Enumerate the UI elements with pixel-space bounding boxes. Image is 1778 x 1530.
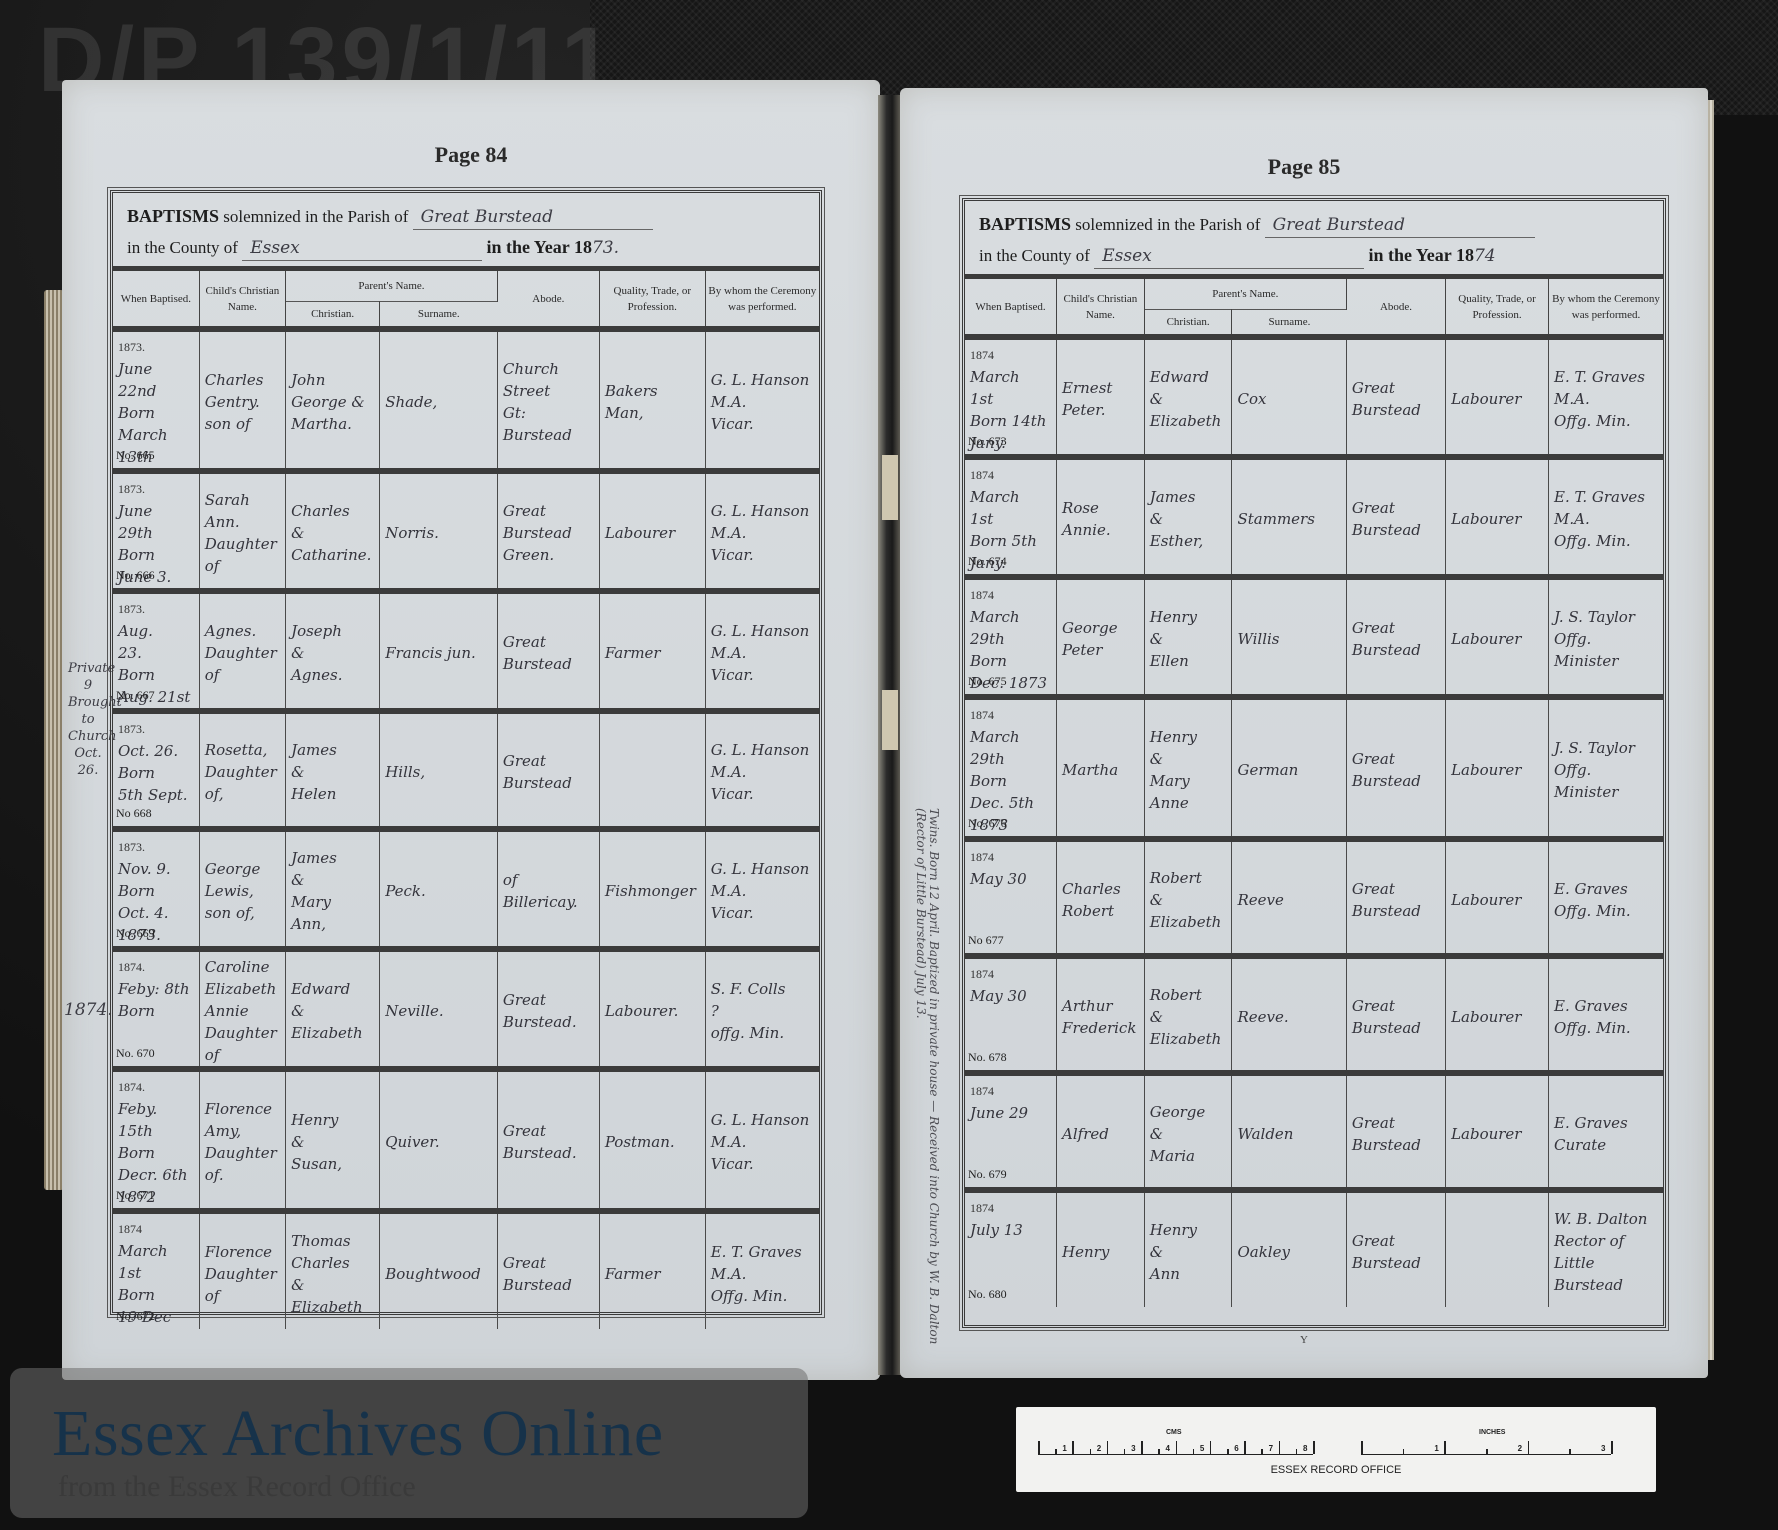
entry-year: 1873. — [118, 598, 195, 620]
cell-quality: Farmer — [599, 591, 705, 711]
cell-quality: Labourer — [1446, 1073, 1549, 1190]
child-name-line: son of — [205, 413, 281, 435]
title-text: solemnized in the Parish of — [1075, 215, 1260, 234]
surname-text: Cox — [1237, 388, 1341, 410]
col-surname: Surname. — [1232, 309, 1346, 337]
child-name-line: Ann. — [205, 511, 281, 533]
cell-parents-christian: Charles&Catharine. — [286, 471, 380, 591]
entry-year: 1874 — [970, 704, 1052, 726]
child-name-line: Daughter — [205, 1263, 281, 1285]
margin-note-line: 26. — [68, 762, 108, 779]
parent-name-line: & — [1150, 388, 1228, 410]
child-name-line: Sarah — [205, 489, 281, 511]
officiant-line: Offg. Min. — [1554, 900, 1659, 922]
table-row: 1874March1stBorn 5thJany.No. 674RoseAnni… — [965, 457, 1663, 577]
cell-abode: GreatBurstead — [1346, 457, 1445, 577]
surname-text: German — [1237, 759, 1341, 781]
ruler-tick — [1193, 1449, 1195, 1454]
ruler-tick — [1444, 1441, 1446, 1454]
ruler-tick — [1528, 1441, 1530, 1454]
cell-by-whom: E. T. GravesM.A.Offg. Min. — [1549, 337, 1663, 457]
baptism-date-line: Born — [118, 664, 195, 686]
abode-line: Burstead — [1352, 770, 1441, 792]
officiant-line: Offg. Min. — [1554, 410, 1659, 432]
officiant-line: offg. Min. — [711, 1022, 815, 1044]
ruler-tick — [1090, 1449, 1092, 1454]
baptism-date-line: May 30 — [970, 868, 1052, 890]
register-table: When Baptised. Child's Christian Name. P… — [113, 271, 819, 1329]
ruler-tick — [1124, 1449, 1126, 1454]
officiant-line: M.A. — [711, 761, 815, 783]
ruler-tick — [1107, 1441, 1109, 1454]
parent-name-line: James — [1150, 486, 1228, 508]
child-name-line: son of, — [205, 902, 281, 924]
officiant-line: M.A. — [711, 1131, 815, 1153]
child-name-line: Daughter — [205, 1142, 281, 1164]
cell-parents-christian: JohnGeorge &Martha. — [286, 329, 380, 471]
abode-line: Burstead — [1352, 900, 1441, 922]
cell-surname: Stammers — [1232, 457, 1346, 577]
child-name-line: Rose — [1062, 497, 1140, 519]
child-name-line: of — [205, 1044, 281, 1066]
officiant-line: W. B. Dalton — [1554, 1208, 1659, 1230]
cell-surname: Walden — [1232, 1073, 1346, 1190]
abode-line: Church — [503, 358, 595, 380]
abode-line: Burstead. — [503, 1142, 595, 1164]
ruler-tick-label: 8 — [1303, 1444, 1307, 1453]
officiant-line: G. L. Hanson — [711, 500, 815, 522]
baptism-date-line: Born — [970, 650, 1052, 672]
cell-by-whom: G. L. HansonM.A.Vicar. — [705, 1069, 819, 1211]
child-name-line: Peter. — [1062, 399, 1140, 421]
parent-name-line: Elizabeth — [291, 1296, 375, 1318]
col-parents-name: Parent's Name. — [1144, 279, 1346, 309]
page-heading: Page 84 — [62, 142, 880, 168]
parent-name-line: & — [1150, 1006, 1228, 1028]
cell-parents-christian: Edward&Elizabeth — [1144, 337, 1232, 457]
entry-year: 1874 — [970, 584, 1052, 606]
cell-quality: Postman. — [599, 1069, 705, 1211]
page-85: Page 85 Twins. Born 12 April. Baptized i… — [900, 88, 1708, 1378]
child-name-line: of. — [205, 1164, 281, 1186]
parent-name-line: Susan, — [291, 1153, 375, 1175]
cell-when-baptised: 1874.Feby. 15thBornDecr. 6th1872No. 671 — [113, 1069, 199, 1211]
entry-year: 1874 — [970, 963, 1052, 985]
officiant-line: E. Graves — [1554, 995, 1659, 1017]
col-christian: Christian. — [286, 301, 380, 329]
table-row: 1874May 30No 677CharlesRobertRobert&Eliz… — [965, 839, 1663, 956]
surname-text: Shade, — [385, 391, 493, 413]
child-name-line: Lewis, — [205, 880, 281, 902]
quality-line: Farmer — [605, 1263, 701, 1285]
officiant-line: Offg. Min. — [1554, 1017, 1659, 1039]
page-heading: Page 85 — [900, 154, 1708, 180]
officiant-line: Vicar. — [711, 1153, 815, 1175]
baptism-date-line: Born — [118, 1284, 195, 1306]
entry-number: No. 672 — [116, 1305, 155, 1327]
year-field: 73. — [592, 233, 632, 263]
parent-name-line: & — [291, 1000, 375, 1022]
officiant-line: G. L. Hanson — [711, 739, 815, 761]
cell-abode: GreatBurstead — [1346, 337, 1445, 457]
entry-number: No. 675 — [968, 670, 1007, 692]
quality-line: Labourer — [1451, 889, 1544, 911]
cell-child-name: Agnes.Daughterof — [199, 591, 285, 711]
title-text: in the County of — [127, 238, 238, 257]
table-row: 1874March29thBornDec. 5th 1873No. 676Mar… — [965, 697, 1663, 839]
cell-parents-christian: ThomasCharles&Elizabeth — [286, 1211, 380, 1329]
quality-line: Labourer. — [605, 1000, 701, 1022]
cell-surname: Peck. — [380, 829, 498, 949]
officiant-line: M.A. — [711, 880, 815, 902]
baptism-date-line: May 30 — [970, 985, 1052, 1007]
parent-name-line: Thomas — [291, 1230, 375, 1252]
entry-number: No. 680 — [968, 1283, 1007, 1305]
cell-child-name: Henry — [1057, 1190, 1145, 1307]
cell-quality — [599, 711, 705, 829]
cell-surname: Shade, — [380, 329, 498, 471]
quality-line: Man, — [605, 402, 701, 424]
cell-parents-christian: James&MaryAnn, — [286, 829, 380, 949]
child-name-line: Rosetta, — [205, 739, 281, 761]
officiant-line: E. T. Graves — [711, 1241, 815, 1263]
table-row: 1873.Aug.23.BornAug. 21stNo. 667Agnes.Da… — [113, 591, 819, 711]
parent-name-line: George & — [291, 391, 375, 413]
baptism-date-line: Born — [970, 770, 1052, 792]
margin-note-twins: Twins. Born 12 April. Baptized in privat… — [902, 808, 944, 1368]
entry-number: No. 665 — [116, 444, 155, 466]
title-baptisms: BAPTISMS — [127, 206, 219, 226]
col-quality: Quality, Trade, or Profession. — [599, 271, 705, 329]
abode-line: Great — [503, 1252, 595, 1274]
col-by-whom: By whom the Ceremony was performed. — [1549, 279, 1663, 337]
cell-child-name: SarahAnn.Daughterof — [199, 471, 285, 591]
cell-by-whom: S. F. Colls?offg. Min. — [705, 949, 819, 1069]
baptism-date-line: Oct. 26. — [118, 740, 195, 762]
cell-by-whom: J. S. TaylorOffg. Minister — [1549, 697, 1663, 839]
page-84: Page 84 Private9BroughttoChurchOct.26. 1… — [62, 80, 880, 1380]
quality-line: Labourer — [1451, 1006, 1544, 1028]
parent-name-line: & — [291, 642, 375, 664]
cell-parents-christian: Robert&Elizabeth — [1144, 839, 1232, 956]
cell-when-baptised: 1873.Nov. 9.BornOct. 4.1873.No. 669 — [113, 829, 199, 949]
parent-name-line: & — [291, 1274, 375, 1296]
surname-text: Quiver. — [385, 1131, 493, 1153]
officiant-line: M.A. — [711, 522, 815, 544]
abode-line: Burstead. — [503, 1011, 595, 1033]
parent-name-line: & — [291, 869, 375, 891]
ruler-tick-label: 3 — [1131, 1444, 1135, 1453]
baptism-register: BAPTISMS solemnized in the Parish of Gre… — [110, 190, 822, 1315]
officiant-line: J. S. Taylor — [1554, 606, 1659, 628]
ruler-tick-label: 6 — [1234, 1444, 1238, 1453]
child-name-line: Daughter — [205, 1022, 281, 1044]
title-text: in the County of — [979, 246, 1090, 265]
officiant-line: Little Burstead — [1554, 1252, 1659, 1296]
margin-note-text: Twins. Born 12 April. Baptized in privat… — [914, 808, 940, 1368]
officiant-line: G. L. Hanson — [711, 1109, 815, 1131]
surname-text: Boughtwood — [385, 1263, 493, 1285]
entry-year: 1874. — [118, 956, 195, 978]
entry-year: 1874 — [970, 846, 1052, 868]
col-by-whom: By whom the Ceremony was performed. — [705, 271, 819, 329]
parent-name-line: Helen — [291, 783, 375, 805]
table-row: 1873.June29thBornJune 3.No. 666SarahAnn.… — [113, 471, 819, 591]
entry-year: 1873. — [118, 478, 195, 500]
register-title: BAPTISMS solemnized in the Parish of Gre… — [965, 201, 1663, 279]
table-row: 1874.Feby. 15thBornDecr. 6th1872No. 671F… — [113, 1069, 819, 1211]
child-name-line: Arthur — [1062, 995, 1140, 1017]
cell-child-name: FlorenceDaughterof — [199, 1211, 285, 1329]
abode-line: Great — [503, 750, 595, 772]
ruler-tick — [1227, 1449, 1229, 1454]
officiant-line: E. T. Graves — [1554, 486, 1659, 508]
ruler-tick — [1261, 1449, 1263, 1454]
table-row: 1874March1stBorn 14thJany.No. 673ErnestP… — [965, 337, 1663, 457]
cell-by-whom: E. GravesOffg. Min. — [1549, 839, 1663, 956]
ruler-tick — [1486, 1449, 1488, 1454]
baptism-date-line: March — [970, 726, 1052, 748]
cell-surname: Quiver. — [380, 1069, 498, 1211]
cell-child-name: CharlesRobert — [1057, 839, 1145, 956]
cell-by-whom: G. L. HansonM.A.Vicar. — [705, 711, 819, 829]
cell-quality: Labourer — [599, 471, 705, 591]
cell-quality — [1446, 1190, 1549, 1307]
officiant-line: M.A. — [711, 642, 815, 664]
cell-parents-christian: Henry&MaryAnne — [1144, 697, 1232, 839]
ruler-tick-label: 4 — [1166, 1444, 1170, 1453]
ruler-caption: ESSEX RECORD OFFICE — [1016, 1464, 1656, 1476]
cell-parents-christian: Robert&Elizabeth — [1144, 956, 1232, 1073]
abode-line: Burstead — [503, 522, 595, 544]
parent-name-line: Elizabeth — [1150, 1028, 1228, 1050]
entry-number: No. 667 — [116, 684, 155, 706]
abode-line: Burstead — [1352, 639, 1441, 661]
officiant-line: Curate — [1554, 1134, 1659, 1156]
officiant-line: M.A. — [711, 391, 815, 413]
cell-child-name: GeorgePeter — [1057, 577, 1145, 697]
abode-line: of — [503, 869, 595, 891]
cell-surname: Willis — [1232, 577, 1346, 697]
margin-note-line: Church — [68, 728, 108, 745]
cell-abode: GreatBurstead. — [497, 949, 599, 1069]
entry-number: No 668 — [116, 802, 152, 824]
col-parents-name: Parent's Name. — [286, 271, 498, 301]
officiant-line: G. L. Hanson — [711, 620, 815, 642]
entry-number: No. 670 — [116, 1042, 155, 1064]
col-quality: Quality, Trade, or Profession. — [1446, 279, 1549, 337]
cell-parents-christian: Henry&Ellen — [1144, 577, 1232, 697]
cell-quality: BakersMan, — [599, 329, 705, 471]
entry-number: No 677 — [968, 929, 1004, 951]
baptism-date-line: March — [970, 486, 1052, 508]
cell-quality: Labourer. — [599, 949, 705, 1069]
officiant-line: E. Graves — [1554, 1112, 1659, 1134]
child-name-line: of — [205, 1285, 281, 1307]
table-row: 1874June 29No. 679AlfredGeorge&MariaWald… — [965, 1073, 1663, 1190]
baptism-date-line: Aug. — [118, 620, 195, 642]
child-name-line: Charles — [1062, 878, 1140, 900]
quality-line: Labourer — [605, 522, 701, 544]
officiant-line: Rector of — [1554, 1230, 1659, 1252]
title-year-label: in the Year 18 — [1368, 245, 1474, 265]
register-entries: 1874March1stBorn 14thJany.No. 673ErnestP… — [965, 337, 1663, 1307]
cell-parents-christian: Henry&Ann — [1144, 1190, 1232, 1307]
abode-line: Great — [1352, 497, 1441, 519]
child-name-line: Caroline — [205, 956, 281, 978]
parent-name-line: John — [291, 369, 375, 391]
cell-abode: GreatBurstead — [497, 1211, 599, 1329]
cell-quality: Labourer — [1446, 697, 1549, 839]
officiant-line: Offg. Min. — [1554, 530, 1659, 552]
child-name-line: Martha — [1062, 759, 1140, 781]
cell-parents-christian: James&Helen — [286, 711, 380, 829]
table-row: 1873.Nov. 9.BornOct. 4.1873.No. 669Georg… — [113, 829, 819, 949]
entry-number: No. 679 — [968, 1163, 1007, 1185]
cell-child-name: RoseAnnie. — [1057, 457, 1145, 577]
cm-scale-label: CMS — [1166, 1429, 1182, 1436]
baptism-date-line: March — [970, 366, 1052, 388]
child-name-line: Daughter — [205, 642, 281, 664]
cell-by-whom: G. L. HansonM.A.Vicar. — [705, 329, 819, 471]
baptism-date-line: Feby. 15th — [118, 1098, 195, 1142]
col-surname: Surname. — [380, 301, 498, 329]
baptism-register: BAPTISMS solemnized in the Parish of Gre… — [962, 198, 1666, 1328]
cell-child-name: CarolineElizabethAnnieDaughterof — [199, 949, 285, 1069]
baptism-date-line: Nov. 9. — [118, 858, 195, 880]
surname-text: Reeve. — [1237, 1006, 1341, 1028]
table-row: 1873.June22ndBornMarch13thNo. 665Charles… — [113, 329, 819, 471]
officiant-line: J. S. Taylor — [1554, 737, 1659, 759]
abode-line: Billericay. — [503, 891, 595, 913]
surname-text: Neville. — [385, 1000, 493, 1022]
ruler-tick — [1072, 1441, 1074, 1454]
cell-surname: Oakley — [1232, 1190, 1346, 1307]
cell-child-name: CharlesGentry.son of — [199, 329, 285, 471]
col-when-baptised: When Baptised. — [113, 271, 199, 329]
entry-number: No. 676 — [968, 812, 1007, 834]
parent-name-line: George — [1150, 1101, 1228, 1123]
abode-line: Great — [1352, 748, 1441, 770]
abode-line: Burstead — [1352, 1017, 1441, 1039]
essex-archives-watermark: Essex Archives Online from the Essex Rec… — [10, 1368, 808, 1518]
baptism-date-line: March 1st — [118, 1240, 195, 1284]
abode-line: Great — [1352, 617, 1441, 639]
parent-name-line: & — [1150, 889, 1228, 911]
cell-when-baptised: 1874May 30No. 678 — [965, 956, 1057, 1073]
cell-parents-christian: Henry&Susan, — [286, 1069, 380, 1211]
baptism-date-line: Born — [118, 544, 195, 566]
cell-surname: German — [1232, 697, 1346, 839]
child-name-line: Daughter — [205, 761, 281, 783]
parish-field: Great Burstead — [413, 205, 653, 230]
parent-name-line: Ann — [1150, 1263, 1228, 1285]
ruler-tick — [1569, 1449, 1571, 1454]
parent-name-line: Henry — [1150, 606, 1228, 628]
child-name-line: Annie — [205, 1000, 281, 1022]
ruler-tick — [1279, 1441, 1281, 1454]
child-name-line: Daughter — [205, 533, 281, 555]
baptism-date-line: Born 14th — [970, 410, 1052, 432]
child-name-line: Charles — [205, 369, 281, 391]
county-field: Essex — [242, 236, 482, 261]
cell-quality: Labourer — [1446, 956, 1549, 1073]
cell-by-whom: W. B. DaltonRector ofLittle Burstead — [1549, 1190, 1663, 1307]
parent-name-line: Robert — [1150, 984, 1228, 1006]
officiant-line: S. F. Colls — [711, 978, 815, 1000]
baptism-date-line: 1st — [970, 508, 1052, 530]
surname-text: Norris. — [385, 522, 493, 544]
margin-note-line: Brought — [68, 694, 108, 711]
margin-note-year: 1874. — [64, 1002, 113, 1019]
signature-mark: Y — [900, 1334, 1708, 1346]
cell-abode: GreatBurstead — [1346, 1073, 1445, 1190]
officiant-line: Offg. Min. — [711, 1285, 815, 1307]
baptism-date-line: 1st — [970, 388, 1052, 410]
officiant-line: Offg. Minister — [1554, 628, 1659, 672]
child-name-line: Robert — [1062, 900, 1140, 922]
parent-name-line: & — [1150, 628, 1228, 650]
parent-name-line: Henry — [291, 1109, 375, 1131]
quality-line: Labourer — [1451, 1123, 1544, 1145]
entry-number: No. 678 — [968, 1046, 1007, 1068]
ruler-tick-label: 2 — [1097, 1444, 1101, 1453]
cell-quality: Labourer — [1446, 839, 1549, 956]
child-name-line: George — [205, 858, 281, 880]
ruler-tick-label: 3 — [1601, 1444, 1605, 1453]
officiant-line: Offg. Minister — [1554, 759, 1659, 803]
entry-year: 1873. — [118, 836, 195, 858]
parent-name-line: & — [1150, 508, 1228, 530]
cell-abode: ofBillericay. — [497, 829, 599, 949]
entry-year: 1874 — [970, 344, 1052, 366]
cell-by-whom: G. L. HansonM.A.Vicar. — [705, 829, 819, 949]
baptism-date-line: June 29 — [970, 1102, 1052, 1124]
baptism-date-line: Oct. 4. — [118, 902, 195, 924]
col-when-baptised: When Baptised. — [965, 279, 1057, 337]
baptism-date-line: July 13 — [970, 1219, 1052, 1241]
watermark-subtitle: from the Essex Record Office — [58, 1470, 416, 1504]
parent-name-line: Elizabeth — [291, 1022, 375, 1044]
abode-line: Burstead — [1352, 399, 1441, 421]
county-field: Essex — [1094, 244, 1364, 269]
abode-line: Burstead — [503, 653, 595, 675]
year-field: 74 — [1474, 241, 1514, 271]
table-row: 1874May 30No. 678ArthurFrederickRobert&E… — [965, 956, 1663, 1073]
child-name-line: Florence — [205, 1241, 281, 1263]
baptism-date-line: 29th — [970, 628, 1052, 650]
baptism-date-line: Feby: 8th — [118, 978, 195, 1000]
surname-text: Hills, — [385, 761, 493, 783]
child-name-line: George — [1062, 617, 1140, 639]
ruler-tick — [1176, 1441, 1178, 1454]
ruler-tick — [1296, 1449, 1298, 1454]
cell-quality: Labourer — [1446, 337, 1549, 457]
cell-child-name: Martha — [1057, 697, 1145, 839]
entry-number: No. 674 — [968, 550, 1007, 572]
abode-line: Great — [1352, 995, 1441, 1017]
cell-abode: GreatBurstead — [1346, 839, 1445, 956]
ruler-tick-label: 1 — [1434, 1444, 1438, 1453]
quality-line: Postman. — [605, 1131, 701, 1153]
parent-name-line: Elizabeth — [1150, 911, 1228, 933]
cell-abode: GreatBurstead — [497, 711, 599, 829]
cell-when-baptised: 1873.June22ndBornMarch13thNo. 665 — [113, 329, 199, 471]
cell-abode: GreatBurstead — [1346, 1190, 1445, 1307]
abode-line: Burstead — [1352, 519, 1441, 541]
child-name-line: Agnes. — [205, 620, 281, 642]
child-name-line: Ernest — [1062, 377, 1140, 399]
